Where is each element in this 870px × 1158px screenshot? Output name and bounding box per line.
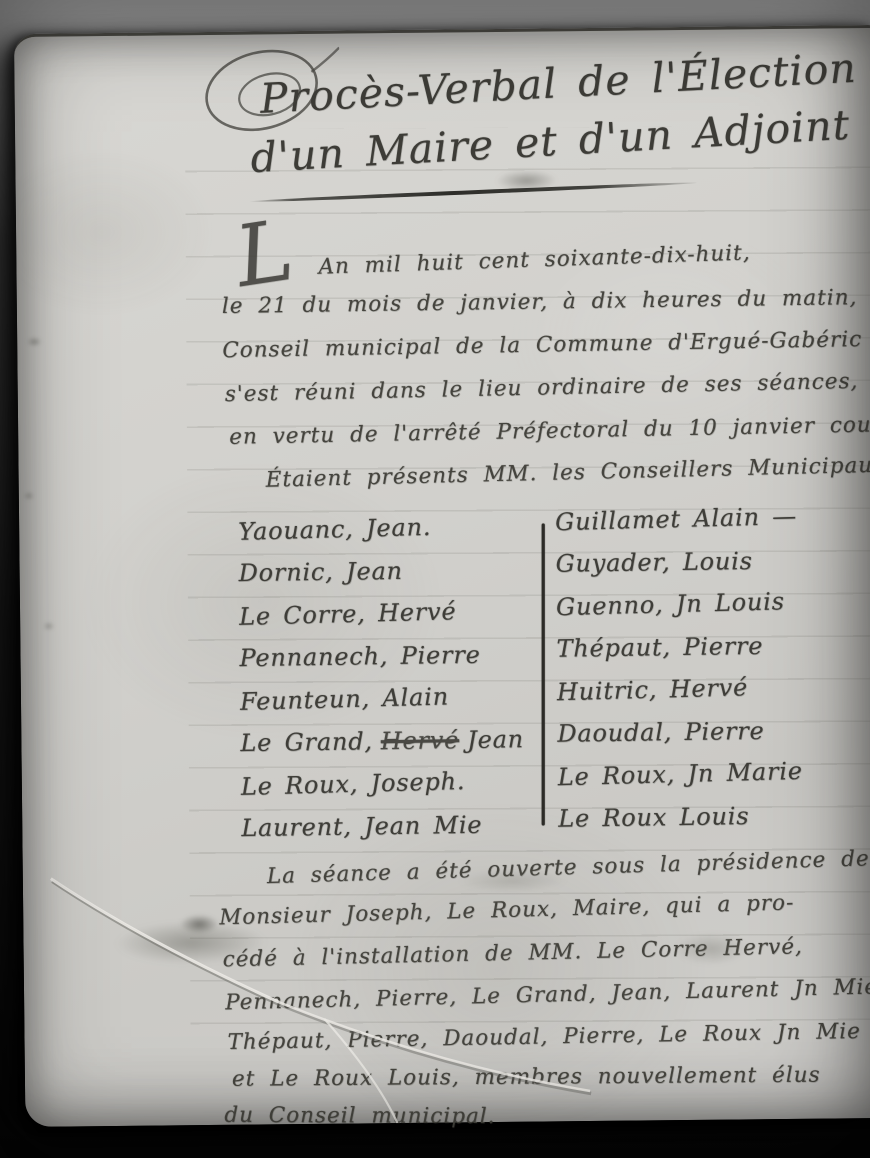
councillor-column-left: Yaouanc, Jean. Dornic, Jean Le Corre, He… bbox=[238, 506, 525, 849]
manuscript-page: Procès-Verbal de l'Élection d'un Maire e… bbox=[14, 25, 870, 1127]
councillor-name: Le Roux, Jn Marie bbox=[557, 750, 803, 799]
opening-line: le 21 du mois de janvier, à dix heures d… bbox=[222, 285, 870, 319]
photo-background: Procès-Verbal de l'Élection d'un Maire e… bbox=[0, 0, 870, 1158]
closing-line: du Conseil municipal. bbox=[224, 1103, 495, 1129]
closing-line: Monsieur Joseph, Le Roux, Maire, qui a p… bbox=[219, 890, 795, 930]
councillor-column-right: Guillamet Alain — Guyader, Louis Guenno,… bbox=[555, 497, 804, 840]
councillor-name: Feunteun, Alain bbox=[239, 673, 524, 723]
closing-line: Thépaut, Pierre, Daoudal, Pierre, Le Rou… bbox=[227, 1019, 861, 1055]
name-suffix: Jean bbox=[467, 725, 524, 754]
closing-line: cédé à l'installation de MM. Le Corre He… bbox=[222, 934, 803, 972]
struck-name: Hervé bbox=[381, 726, 460, 755]
councillor-name: Yaouanc, Jean. bbox=[238, 503, 523, 553]
councillor-name: Dornic, Jean bbox=[238, 548, 522, 594]
councillor-name: Le Roux, Joseph. bbox=[240, 758, 525, 808]
ink-smudge bbox=[23, 492, 35, 500]
councillor-name: Laurent, Jean Mie bbox=[241, 803, 525, 849]
ink-smudge bbox=[25, 337, 43, 347]
opening-line: Conseil municipal de la Commune d'Ergué-… bbox=[222, 326, 870, 363]
closing-line: La séance a été ouverte sous la présiden… bbox=[267, 846, 870, 889]
councillor-name: Huitric, Hervé bbox=[556, 665, 802, 714]
closing-line: et Le Roux Louis, membres nouvellement é… bbox=[232, 1063, 821, 1092]
ink-smudge bbox=[42, 622, 55, 631]
title-underline bbox=[249, 181, 697, 204]
councillor-name: Thépaut, Pierre bbox=[556, 624, 802, 670]
column-divider-line bbox=[542, 523, 545, 825]
opening-line: An mil huit cent soixante-dix-huit, bbox=[318, 240, 751, 279]
councillor-name-corrected: Le Grand,HervéJean bbox=[240, 718, 524, 764]
councillor-name: Daoudal, Pierre bbox=[557, 709, 803, 755]
opening-initial: L bbox=[229, 201, 299, 306]
ink-smudge bbox=[173, 911, 225, 938]
presents-line: Étaient présents MM. les Conseillers Mun… bbox=[265, 453, 870, 493]
councillor-name: Pennanech, Pierre bbox=[239, 633, 523, 679]
councillor-name: Guillamet Alain — bbox=[555, 495, 801, 544]
councillor-name: Guyader, Louis bbox=[555, 539, 801, 585]
opening-line: en vertu de l'arrêté Préfectoral du 10 j… bbox=[229, 411, 870, 449]
closing-line: Pennanech, Pierre, Le Grand, Jean, Laure… bbox=[225, 974, 870, 1015]
opening-line: s'est réuni dans le lieu ordinaire de se… bbox=[225, 369, 859, 407]
councillor-name: Le Corre, Hervé bbox=[239, 588, 524, 638]
councillor-name: Guenno, Jn Louis bbox=[555, 580, 801, 629]
name-prefix: Le Grand, bbox=[240, 727, 373, 757]
councillor-name: Le Roux Louis bbox=[558, 794, 804, 840]
